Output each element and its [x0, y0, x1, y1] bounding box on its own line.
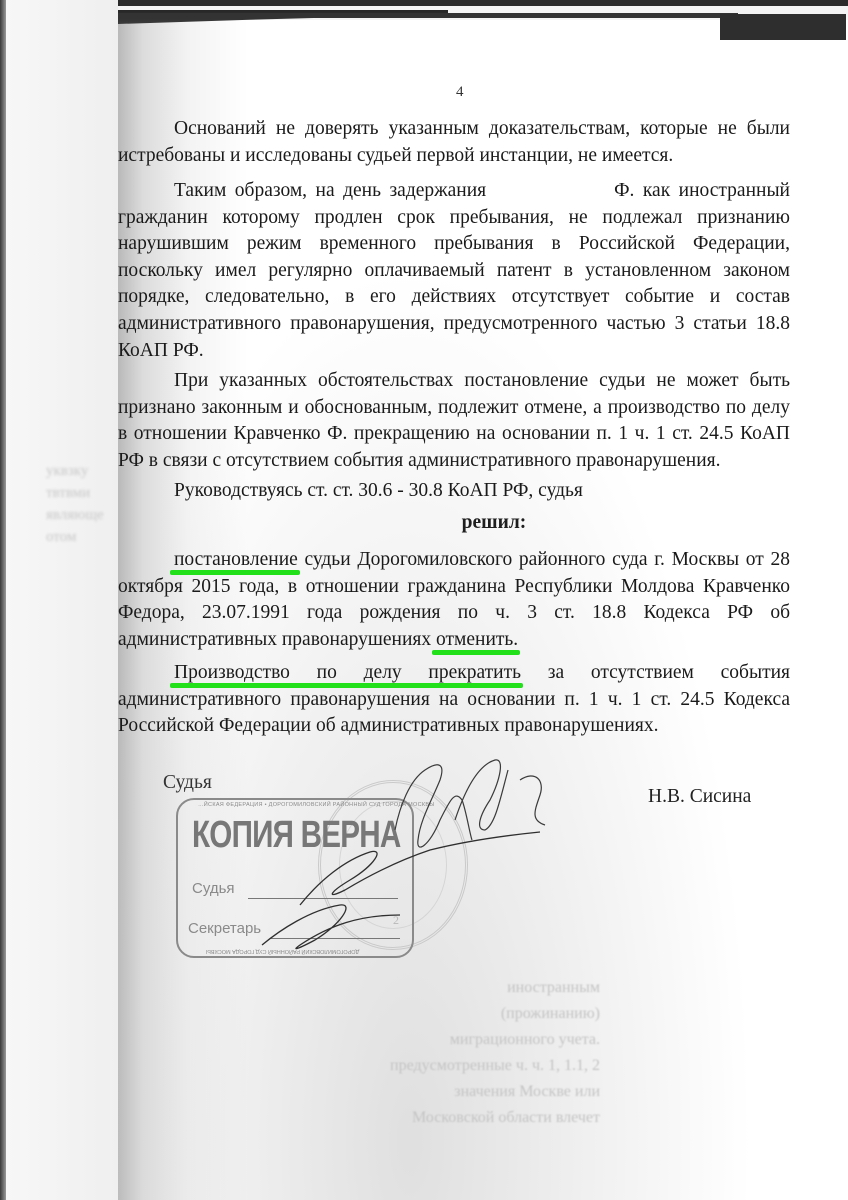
paragraph-text-start: Таким образом, на день задержания [174, 180, 486, 201]
resolved-heading: решил: [118, 512, 790, 534]
paragraph-circumstances: При указанных обстоятельствах постановле… [118, 368, 790, 474]
underlying-page: уквзку твтвми являюще отом [6, 0, 118, 1200]
stamp-border-text-bottom: ДОРОГОМИЛОВСКИЙ РАЙОННЫЙ СУД ГОРОДА МОСК… [206, 948, 359, 954]
scan-corner-shadow [720, 14, 846, 40]
stamp-border-text-top: …ЙСКАЯ ФЕДЕРАЦИЯ • ДОРОГОМИЛОВСКИЙ РАЙОН… [198, 802, 435, 808]
paragraph-text: Руководствуясь ст. ст. 30.6 - 30.8 КоАП … [118, 478, 790, 505]
paragraph-text-end: Ф. как иностранный гражданин которому пр… [118, 180, 790, 361]
paragraph-text: Производство по делу прекратить за отсут… [118, 660, 790, 740]
stamp-secretary-label: Секретарь [188, 920, 261, 937]
paragraph-ruling-terminate: Производство по делу прекратить за отсут… [118, 660, 790, 740]
paragraph-text: Таким образом, на день задержанияФ. как … [118, 178, 790, 364]
paragraph-text: Оснований не доверять указанным доказате… [118, 116, 790, 169]
highlighted-text: Производство по делу прекратить [174, 662, 521, 683]
scan-fold-line [118, 13, 738, 18]
page-number: 4 [456, 84, 464, 101]
paragraph-conclusion: Таким образом, на день задержанияФ. как … [118, 178, 790, 364]
bleed-through-text-bottom: иностранным (прожинанию) миграционного у… [240, 975, 600, 1131]
highlighted-text: постановление [174, 549, 298, 570]
stamp-secretary-line [270, 938, 400, 939]
stamp-judge-label: Судья [192, 880, 235, 897]
paragraph-guided-by: Руководствуясь ст. ст. 30.6 - 30.8 КоАП … [118, 478, 790, 505]
paragraph-evidence: Оснований не доверять указанным доказате… [118, 116, 790, 169]
paragraph-text: постановление судьи Дорогомиловского рай… [118, 547, 790, 653]
highlighted-text: отменить. [436, 629, 518, 650]
certified-copy-stamp: …ЙСКАЯ ФЕДЕРАЦИЯ • ДОРОГОМИЛОВСКИЙ РАЙОН… [176, 798, 414, 958]
bleed-through-text-left: уквзку твтвми являюще отом [46, 460, 126, 548]
paragraph-ruling-cancel: постановление судьи Дорогомиловского рай… [118, 547, 790, 653]
signature-label: Судья [163, 772, 212, 794]
stamp-title: КОПИЯ ВЕРНА [192, 814, 400, 857]
judge-name: Н.В. Сисина [648, 786, 751, 808]
stamp-judge-line [248, 898, 398, 899]
paragraph-text: При указанных обстоятельствах постановле… [118, 368, 790, 474]
scan-edge-top [0, 0, 848, 6]
